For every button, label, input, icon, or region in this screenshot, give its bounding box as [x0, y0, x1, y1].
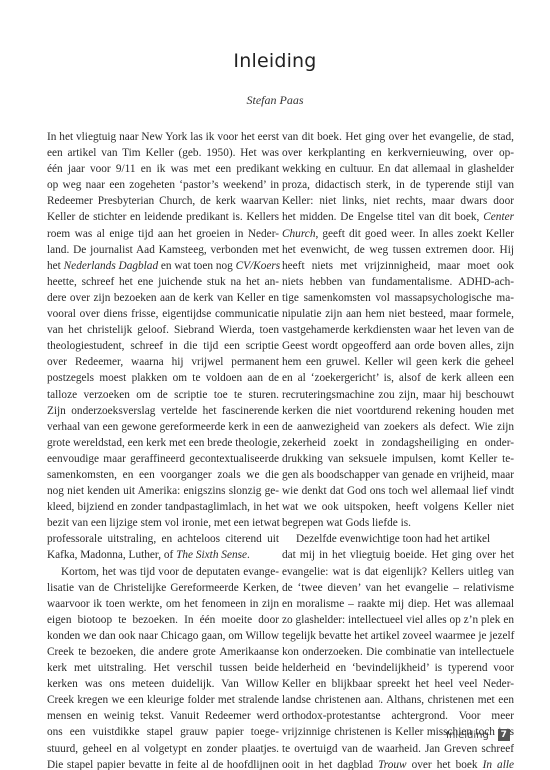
text-line: ooit in het dagblad Trouw over het boek … — [282, 757, 514, 770]
text-line: het Nederlands Dagblad en wat toen nog C… — [47, 258, 279, 274]
text-line: kerken was ons meteen duidelijk. Van Wil… — [47, 676, 279, 692]
text-column-left: In het vliegtuig naar New York las ik vo… — [47, 129, 279, 770]
text-line: van het christelijk geloof. Siebrand Wie… — [47, 322, 279, 338]
text-line: Creek kregen we een kleurige folder met … — [47, 692, 279, 708]
chapter-author: Stefan Paas — [0, 93, 550, 108]
text-line: vastgehamerde kerkdiensten waar het leve… — [282, 322, 514, 338]
text-line: ons een vuistdikke stapel grauw papier t… — [47, 724, 279, 740]
text-line: postzegels moest plakken om te voldoen a… — [47, 370, 279, 386]
text-line: samenkomsten, en een voorganger zoals we… — [47, 467, 279, 483]
text-line: konden we dan ook naar Chicago gaan, om … — [47, 628, 279, 644]
text-line: Church, geeft dit goed weer. In alles zo… — [282, 226, 514, 242]
text-line: niets hebben van fundamentalisme. ADHD-a… — [282, 274, 514, 290]
text-line: heeft niets met vrijzinnigheid, maar moe… — [282, 258, 514, 274]
text-line: Dezelfde evenwichtige toon had het artik… — [282, 531, 514, 547]
text-line: over kerkplanting en kerkvernieuwing, ov… — [282, 145, 514, 161]
running-head: Inleiding — [446, 730, 489, 741]
text-column-right: van dit boek. Het ging over het evangeli… — [282, 129, 514, 770]
text-line: wat we ook uitspoken, heeft volgens Kell… — [282, 499, 514, 515]
text-line: van dit boek. Het ging over het evangeli… — [282, 129, 514, 145]
text-line: grote wereldstad, een kerk met een brede… — [47, 435, 279, 451]
text-line: kerken die niet voortdurend rekening hou… — [282, 403, 514, 419]
chapter-title: Inleiding — [0, 50, 550, 72]
text-line: Keller en blijkbaar spreekt het heel vee… — [282, 676, 514, 692]
text-line: en al ‘zoekergericht’ is, alsof de kerk … — [282, 370, 514, 386]
text-line: drukking van seksuele impulsen, komt Kel… — [282, 451, 514, 467]
text-line: kon onderzoeken. Die combinatie van inte… — [282, 644, 514, 660]
text-line: eigen biotoop te bezoeken. In één moeite… — [47, 612, 279, 628]
text-line: op weg naar een zogeheten ‘pastor’s week… — [47, 177, 279, 193]
text-line: proza, didactisch sterk, in de typerende… — [282, 177, 514, 193]
text-line: Redeemer Presbyterian Church, de kerk wa… — [47, 193, 279, 209]
text-line: het midden. De Engelse titel van dit boe… — [282, 209, 514, 225]
text-line: het evenwicht, de weg tussen extremen do… — [282, 242, 514, 258]
text-line: wie denkt dat God ons toch wel allemaal … — [282, 483, 514, 499]
text-line: tegelijk bevatte het artikel zoveel waar… — [282, 628, 514, 644]
text-line: lisatie van de Christelijke Gereformeerd… — [47, 580, 279, 596]
text-line: Keller de stichter en leidende predikant… — [47, 209, 279, 225]
text-line: hem een gruwel. Keller wil geen kerk die… — [282, 354, 514, 370]
text-line: landse christenen aan. Althans, christen… — [282, 692, 514, 708]
text-line: bezit van een lijzige stem vol ironie, m… — [47, 515, 279, 531]
page-footer: Inleiding 7 — [446, 729, 510, 741]
text-line: begrepen wat Gods liefde is. — [282, 515, 514, 531]
text-line: recruteringsmachine zou zijn, maar hij b… — [282, 387, 514, 403]
text-line: zo glashelder: intellectueel viel alles … — [282, 612, 514, 628]
text-line: Zijn onderzoeksverslag vertelde het fasc… — [47, 403, 279, 419]
text-line: eenvoudige maar geraffineerd gecontextua… — [47, 451, 279, 467]
text-line: verhaal van een gewone gereformeerde ker… — [47, 419, 279, 435]
text-line: Keller: niet links, niet rechts, maar dw… — [282, 193, 514, 209]
text-line: een artikel van Tim Keller (geb. 1950). … — [47, 145, 279, 161]
text-line: gen als boodschapper van genade en vrijh… — [282, 467, 514, 483]
text-line: Geest wordt opgeofferd aan orde boven al… — [282, 338, 514, 354]
text-line: de ‘twee dieven’ van het evangelie – rel… — [282, 580, 514, 596]
text-line: professorale uitstraling, en achteloos c… — [47, 531, 279, 547]
text-line: waarvoor ik toen werkte, om het fenomeen… — [47, 596, 279, 612]
text-line: nipulatie zijn aan hem niet besteed, maa… — [282, 306, 514, 322]
text-line: tige samenkomsten vol massapsychologisch… — [282, 290, 514, 306]
text-line: Kafka, Madonna, Luther, of The Sixth Sen… — [47, 547, 279, 563]
text-line: evangelie: wat is dat eigenlijk? Kellers… — [282, 564, 514, 580]
text-line: Kortom, het was tijd voor de deputaten e… — [47, 564, 279, 580]
text-line: helderheid en ‘bevindelijkheid’ is typer… — [282, 660, 514, 676]
text-line: kleed, bijziend en zonder tandpastagliml… — [47, 499, 279, 515]
text-line: zekerheid zoekt in zondagsheiliging en o… — [282, 435, 514, 451]
text-line: wekking en cultuur. En dat allemaal in g… — [282, 161, 514, 177]
text-line: Die stapel papier bevatte in feite al de… — [47, 757, 279, 770]
text-line: roem was al enige tijd aan het groeien i… — [47, 226, 279, 242]
text-line: heette, schreef het ene juichende stuk n… — [47, 274, 279, 290]
page-number: 7 — [498, 729, 510, 741]
text-line: dere over zijn bezoeken aan de kerk van … — [47, 290, 279, 306]
text-line: Creek te bezoeken, die andere grote Amer… — [47, 644, 279, 660]
text-line: de aanwezigheid van zoekers als defect. … — [282, 419, 514, 435]
text-line: één jaar voor 9/11 en ik was met een pre… — [47, 161, 279, 177]
text-line: kerk met uitstraling. Het verschil tusse… — [47, 660, 279, 676]
text-line: stuurd, geheel en al volgetypt en zonder… — [47, 741, 279, 757]
text-line: nog niet kenden uit Amerika: enigszins s… — [47, 483, 279, 499]
text-line: vooral over diens frisse, eigentijdse co… — [47, 306, 279, 322]
book-page: Inleiding Stefan Paas In het vliegtuig n… — [0, 0, 550, 770]
text-line: dat mij in het vliegtuig boeide. Het gin… — [282, 547, 514, 563]
text-line: mensen en weinig tekst. Vanuit Redeemer … — [47, 708, 279, 724]
text-line: te overtuigd van de waarheid. Jan Greven… — [282, 741, 514, 757]
text-line: theologiestudent, schreef in die tijd ee… — [47, 338, 279, 354]
text-line: orthodox-protestantse achtergrond. Voor … — [282, 708, 514, 724]
text-line: over Redeemer, waarna hij vrijwel perman… — [47, 354, 279, 370]
text-line: talloze verzoeken om de scriptie toe te … — [47, 387, 279, 403]
text-line: In het vliegtuig naar New York las ik vo… — [47, 129, 279, 145]
text-line: en moralisme – raakte mij diep. Het was … — [282, 596, 514, 612]
text-line: land. De journalist Aad Kamsteeg, verbon… — [47, 242, 279, 258]
